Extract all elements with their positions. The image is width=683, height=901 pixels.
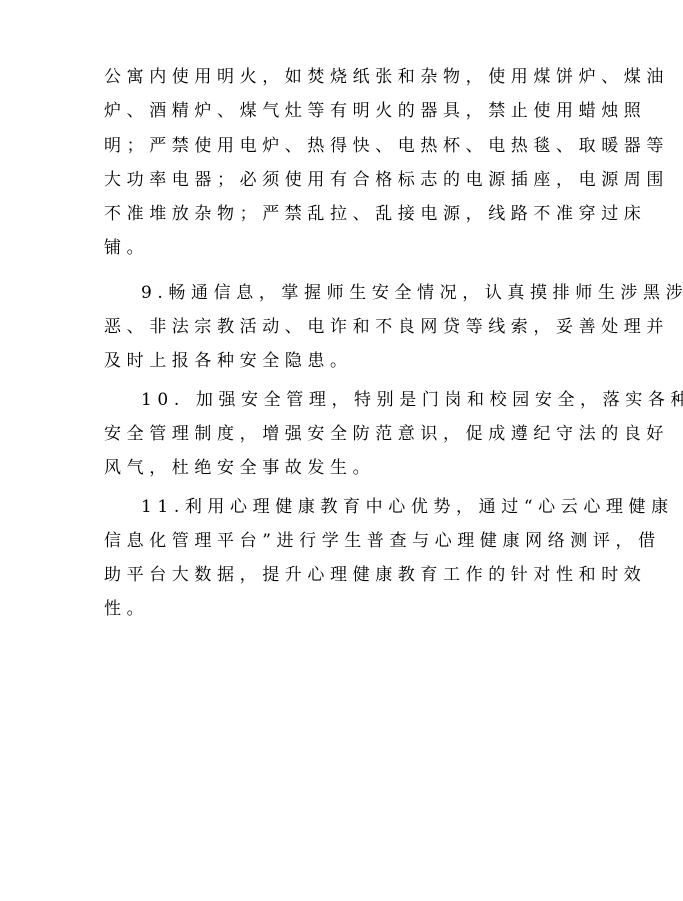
text-line: 性。 <box>104 592 574 626</box>
text-line: 明；严禁使用电炉、热得快、电热杯、电热毯、取暖器等 <box>104 129 574 163</box>
text-line: 10. 加强安全管理，特别是门岗和校园安全，落实各种 <box>104 383 574 417</box>
document-page: 公寓内使用明火，如焚烧纸张和杂物，使用煤饼炉、煤油 炉、酒精炉、煤气灶等有明火的… <box>0 0 683 901</box>
text-line: 不准堆放杂物；严禁乱拉、乱接电源，线路不准穿过床 <box>104 197 574 231</box>
text-line: 助平台大数据，提升心理健康教育工作的针对性和时效 <box>104 558 574 592</box>
paragraph-continuation: 公寓内使用明火，如焚烧纸张和杂物，使用煤饼炉、煤油 炉、酒精炉、煤气灶等有明火的… <box>104 60 574 266</box>
text-line: 恶、非法宗教活动、电诈和不良网贷等线索，妥善处理并 <box>104 310 574 344</box>
text-line: 及时上报各种安全隐患。 <box>104 344 574 378</box>
paragraph-item-10: 10. 加强安全管理，特别是门岗和校园安全，落实各种 安全管理制度，增强安全防范… <box>104 383 574 486</box>
text-line: 安全管理制度，增强安全防范意识，促成遵纪守法的良好 <box>104 417 574 451</box>
paragraph-item-9: 9.畅通信息，掌握师生安全情况，认真摸排师生涉黑涉 恶、非法宗教活动、电诈和不良… <box>104 276 574 379</box>
text-line: 大功率电器；必须使用有合格标志的电源插座，电源周围 <box>104 163 574 197</box>
text-line: 9.畅通信息，掌握师生安全情况，认真摸排师生涉黑涉 <box>104 276 574 310</box>
document-body: 公寓内使用明火，如焚烧纸张和杂物，使用煤饼炉、煤油 炉、酒精炉、煤气灶等有明火的… <box>104 60 574 627</box>
text-line: 公寓内使用明火，如焚烧纸张和杂物，使用煤饼炉、煤油 <box>104 60 574 94</box>
text-line: 铺。 <box>104 231 574 265</box>
paragraph-item-11: 11.利用心理健康教育中心优势，通过“心云心理健康 信息化管理平台”进行学生普查… <box>104 490 574 627</box>
text-line: 11.利用心理健康教育中心优势，通过“心云心理健康 <box>104 490 574 524</box>
text-line: 炉、酒精炉、煤气灶等有明火的器具，禁止使用蜡烛照 <box>104 94 574 128</box>
text-line: 信息化管理平台”进行学生普查与心理健康网络测评，借 <box>104 524 574 558</box>
text-line: 风气，杜绝安全事故发生。 <box>104 451 574 485</box>
